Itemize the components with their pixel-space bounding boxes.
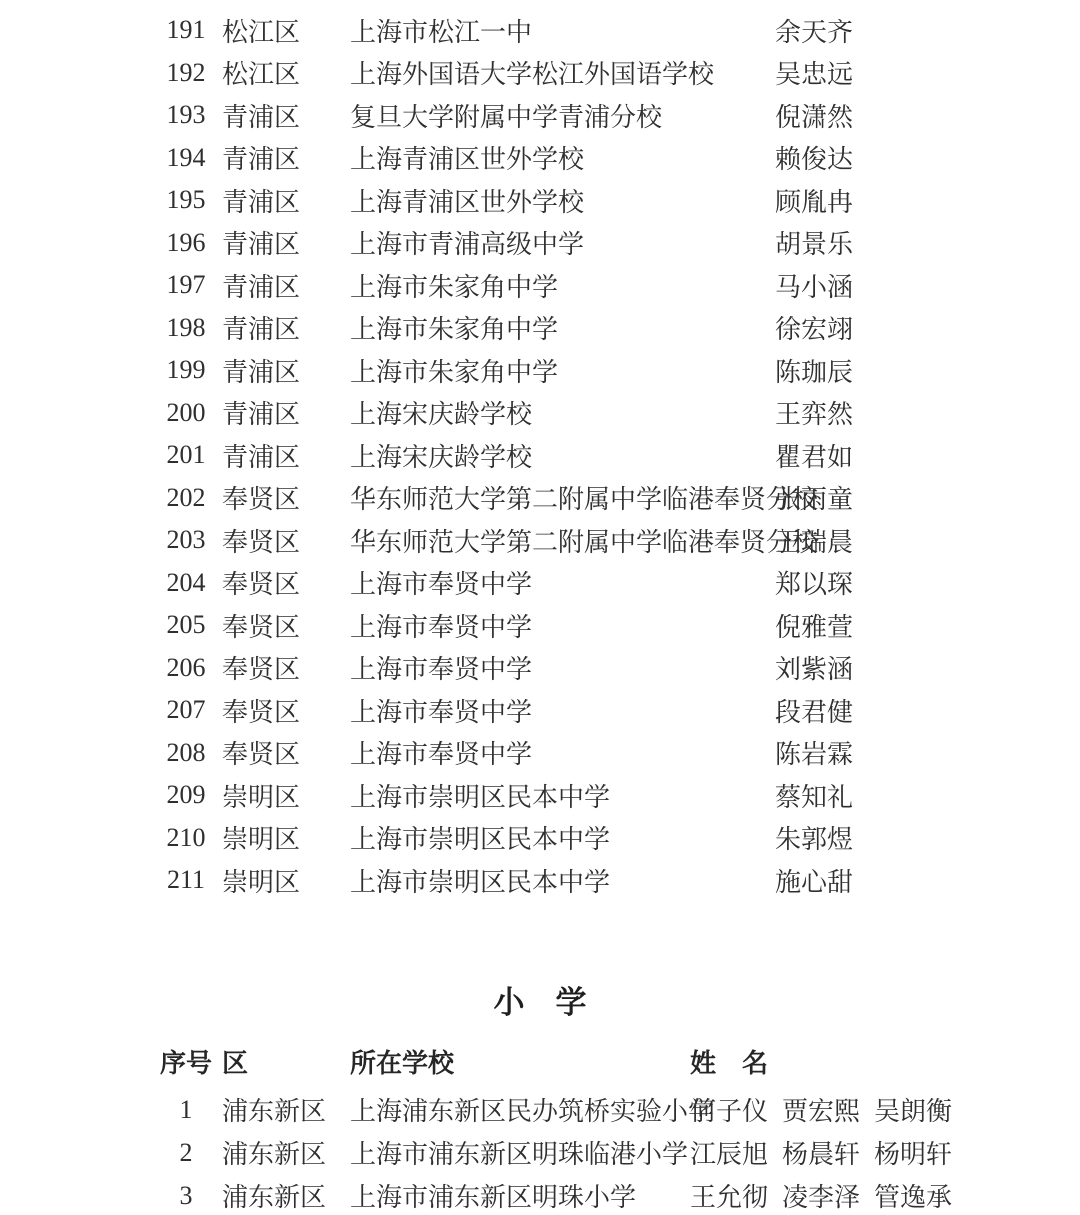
table-row: 198青浦区上海市朱家角中学徐宏翊 — [0, 307, 1080, 350]
student-name: 刘紫涵 — [775, 649, 853, 686]
student-name: 杨晨轩 — [782, 1134, 860, 1171]
table-row: 1浦东新区上海浦东新区民办筑桥实验小学何子仪贾宏熙吴朗衡 — [0, 1088, 1080, 1131]
row-names: 徐宏翊 — [775, 309, 853, 346]
row-district: 浦东新区 — [222, 1177, 350, 1214]
row-no: 199 — [150, 355, 222, 385]
student-name: 马小涵 — [775, 267, 853, 304]
row-district: 青浦区 — [222, 394, 350, 431]
row-school: 上海市浦东新区明珠临港小学 — [350, 1134, 690, 1171]
student-name: 吴忠远 — [775, 54, 853, 91]
student-name: 杨明轩 — [874, 1134, 952, 1171]
row-school: 复旦大学附属中学青浦分校 — [350, 97, 775, 134]
row-district: 松江区 — [222, 12, 350, 49]
row-school: 上海市奉贤中学 — [350, 649, 775, 686]
student-name: 胡景乐 — [775, 224, 853, 261]
primary-school-table: 1浦东新区上海浦东新区民办筑桥实验小学何子仪贾宏熙吴朗衡2浦东新区上海市浦东新区… — [0, 1088, 1080, 1215]
row-no: 211 — [150, 865, 222, 895]
row-district: 崇明区 — [222, 777, 350, 814]
row-district: 崇明区 — [222, 819, 350, 856]
row-no: 202 — [150, 483, 222, 513]
row-no: 1 — [150, 1095, 222, 1125]
student-name: 徐宏翊 — [775, 309, 853, 346]
row-no: 204 — [150, 568, 222, 598]
student-name: 余天齐 — [775, 12, 853, 49]
row-no: 209 — [150, 780, 222, 810]
row-no: 194 — [150, 143, 222, 173]
row-district: 奉贤区 — [222, 734, 350, 771]
row-names: 郑以琛 — [775, 564, 853, 601]
student-name: 管逸承 — [874, 1177, 952, 1214]
student-name: 江辰旭 — [690, 1134, 768, 1171]
row-school: 华东师范大学第二附属中学临港奉贤分校 — [350, 479, 775, 516]
row-district: 青浦区 — [222, 352, 350, 389]
row-no: 208 — [150, 738, 222, 768]
row-school: 上海宋庆龄学校 — [350, 437, 775, 474]
middle-school-table: 191松江区上海市松江一中余天齐192松江区上海外国语大学松江外国语学校吴忠远1… — [0, 9, 1080, 902]
row-district: 青浦区 — [222, 97, 350, 134]
student-name: 陈岩霖 — [775, 734, 853, 771]
row-school: 上海市朱家角中学 — [350, 309, 775, 346]
student-name: 王瑞晨 — [775, 522, 853, 559]
row-names: 余天齐 — [775, 12, 853, 49]
row-district: 奉贤区 — [222, 564, 350, 601]
row-district: 青浦区 — [222, 139, 350, 176]
primary-table-header: 序号 区 所在学校 姓 名 — [0, 1040, 1080, 1083]
row-no: 200 — [150, 398, 222, 428]
row-no: 196 — [150, 228, 222, 258]
row-school: 上海市奉贤中学 — [350, 607, 775, 644]
row-no: 3 — [150, 1181, 222, 1211]
table-row: 206奉贤区上海市奉贤中学刘紫涵 — [0, 647, 1080, 690]
row-district: 奉贤区 — [222, 692, 350, 729]
row-school: 上海青浦区世外学校 — [350, 182, 775, 219]
row-names: 朱郭煜 — [775, 819, 853, 856]
student-name: 何子仪 — [690, 1091, 768, 1128]
row-district: 青浦区 — [222, 182, 350, 219]
student-name: 蔡知礼 — [775, 777, 853, 814]
row-names: 江辰旭杨晨轩杨明轩 — [690, 1134, 952, 1171]
row-names: 陈珈辰 — [775, 352, 853, 389]
row-district: 奉贤区 — [222, 522, 350, 559]
row-names: 王弈然 — [775, 394, 853, 431]
row-names: 张雨童 — [775, 479, 853, 516]
student-name: 朱郭煜 — [775, 819, 853, 856]
row-no: 205 — [150, 610, 222, 640]
student-name: 顾胤冉 — [775, 182, 853, 219]
student-name: 倪雅萱 — [775, 607, 853, 644]
row-names: 施心甜 — [775, 862, 853, 899]
row-school: 上海外国语大学松江外国语学校 — [350, 54, 775, 91]
row-school: 上海市朱家角中学 — [350, 352, 775, 389]
student-name: 凌李泽 — [782, 1177, 860, 1214]
row-no: 193 — [150, 100, 222, 130]
row-school: 上海市松江一中 — [350, 12, 775, 49]
row-school: 上海市崇明区民本中学 — [350, 819, 775, 856]
table-row: 3浦东新区上海市浦东新区明珠小学王允彻凌李泽管逸承 — [0, 1174, 1080, 1215]
header-name: 姓 名 — [690, 1043, 768, 1080]
row-no: 207 — [150, 695, 222, 725]
row-district: 奉贤区 — [222, 607, 350, 644]
row-district: 浦东新区 — [222, 1134, 350, 1171]
student-name: 倪潇然 — [775, 97, 853, 134]
row-names: 赖俊达 — [775, 139, 853, 176]
row-school: 上海市奉贤中学 — [350, 692, 775, 729]
row-district: 青浦区 — [222, 267, 350, 304]
student-name: 吴朗衡 — [874, 1091, 952, 1128]
row-names: 陈岩霖 — [775, 734, 853, 771]
row-school: 上海市崇明区民本中学 — [350, 777, 775, 814]
row-no: 2 — [150, 1138, 222, 1168]
student-name: 张雨童 — [775, 479, 853, 516]
table-row: 195青浦区上海青浦区世外学校顾胤冉 — [0, 179, 1080, 222]
row-school: 华东师范大学第二附属中学临港奉贤分校 — [350, 522, 775, 559]
table-row: 205奉贤区上海市奉贤中学倪雅萱 — [0, 604, 1080, 647]
student-name: 贾宏熙 — [782, 1091, 860, 1128]
table-row: 210崇明区上海市崇明区民本中学朱郭煜 — [0, 817, 1080, 860]
row-names: 刘紫涵 — [775, 649, 853, 686]
student-name: 王允彻 — [690, 1177, 768, 1214]
table-row: 196青浦区上海市青浦高级中学胡景乐 — [0, 222, 1080, 265]
table-row: 193青浦区复旦大学附属中学青浦分校倪潇然 — [0, 94, 1080, 137]
row-names: 段君健 — [775, 692, 853, 729]
row-school: 上海市奉贤中学 — [350, 564, 775, 601]
row-district: 奉贤区 — [222, 649, 350, 686]
row-names: 瞿君如 — [775, 437, 853, 474]
row-district: 浦东新区 — [222, 1091, 350, 1128]
document-page: 191松江区上海市松江一中余天齐192松江区上海外国语大学松江外国语学校吴忠远1… — [0, 0, 1080, 1215]
row-names: 倪潇然 — [775, 97, 853, 134]
row-no: 198 — [150, 313, 222, 343]
table-row: 191松江区上海市松江一中余天齐 — [0, 9, 1080, 52]
row-no: 210 — [150, 823, 222, 853]
row-school: 上海市崇明区民本中学 — [350, 862, 775, 899]
row-school: 上海市奉贤中学 — [350, 734, 775, 771]
row-district: 奉贤区 — [222, 479, 350, 516]
row-district: 青浦区 — [222, 309, 350, 346]
table-row: 208奉贤区上海市奉贤中学陈岩霖 — [0, 732, 1080, 775]
table-row: 207奉贤区上海市奉贤中学段君健 — [0, 689, 1080, 732]
table-row: 200青浦区上海宋庆龄学校王弈然 — [0, 392, 1080, 435]
table-row: 197青浦区上海市朱家角中学马小涵 — [0, 264, 1080, 307]
row-no: 195 — [150, 185, 222, 215]
row-names: 胡景乐 — [775, 224, 853, 261]
table-row: 209崇明区上海市崇明区民本中学蔡知礼 — [0, 774, 1080, 817]
row-no: 203 — [150, 525, 222, 555]
row-district: 松江区 — [222, 54, 350, 91]
row-district: 青浦区 — [222, 224, 350, 261]
row-names: 蔡知礼 — [775, 777, 853, 814]
student-name: 陈珈辰 — [775, 352, 853, 389]
student-name: 王弈然 — [775, 394, 853, 431]
header-school: 所在学校 — [350, 1043, 690, 1080]
table-row: 201青浦区上海宋庆龄学校瞿君如 — [0, 434, 1080, 477]
row-names: 何子仪贾宏熙吴朗衡 — [690, 1091, 952, 1128]
primary-section-title: 小 学 — [0, 985, 1080, 1021]
table-row: 192松江区上海外国语大学松江外国语学校吴忠远 — [0, 52, 1080, 95]
row-no: 201 — [150, 440, 222, 470]
student-name: 郑以琛 — [775, 564, 853, 601]
row-school: 上海市青浦高级中学 — [350, 224, 775, 261]
row-school: 上海市朱家角中学 — [350, 267, 775, 304]
student-name: 段君健 — [775, 692, 853, 729]
row-school: 上海青浦区世外学校 — [350, 139, 775, 176]
student-name: 赖俊达 — [775, 139, 853, 176]
row-names: 马小涵 — [775, 267, 853, 304]
row-district: 青浦区 — [222, 437, 350, 474]
row-names: 王允彻凌李泽管逸承 — [690, 1177, 952, 1214]
row-names: 顾胤冉 — [775, 182, 853, 219]
header-district: 区 — [222, 1043, 350, 1080]
student-name: 施心甜 — [775, 862, 853, 899]
table-row: 211崇明区上海市崇明区民本中学施心甜 — [0, 859, 1080, 902]
row-no: 197 — [150, 270, 222, 300]
row-names: 倪雅萱 — [775, 607, 853, 644]
row-district: 崇明区 — [222, 862, 350, 899]
row-no: 191 — [150, 15, 222, 45]
table-row: 2浦东新区上海市浦东新区明珠临港小学江辰旭杨晨轩杨明轩 — [0, 1131, 1080, 1174]
row-no: 206 — [150, 653, 222, 683]
row-school: 上海宋庆龄学校 — [350, 394, 775, 431]
row-no: 192 — [150, 58, 222, 88]
table-row: 202奉贤区华东师范大学第二附属中学临港奉贤分校张雨童 — [0, 477, 1080, 520]
table-row: 199青浦区上海市朱家角中学陈珈辰 — [0, 349, 1080, 392]
table-row: 204奉贤区上海市奉贤中学郑以琛 — [0, 562, 1080, 605]
table-row: 203奉贤区华东师范大学第二附属中学临港奉贤分校王瑞晨 — [0, 519, 1080, 562]
header-no: 序号 — [150, 1043, 222, 1080]
student-name: 瞿君如 — [775, 437, 853, 474]
row-names: 王瑞晨 — [775, 522, 853, 559]
header-row: 序号 区 所在学校 姓 名 — [0, 1040, 1080, 1083]
table-row: 194青浦区上海青浦区世外学校赖俊达 — [0, 137, 1080, 180]
row-school: 上海浦东新区民办筑桥实验小学 — [350, 1091, 690, 1128]
row-names: 吴忠远 — [775, 54, 853, 91]
row-school: 上海市浦东新区明珠小学 — [350, 1177, 690, 1214]
